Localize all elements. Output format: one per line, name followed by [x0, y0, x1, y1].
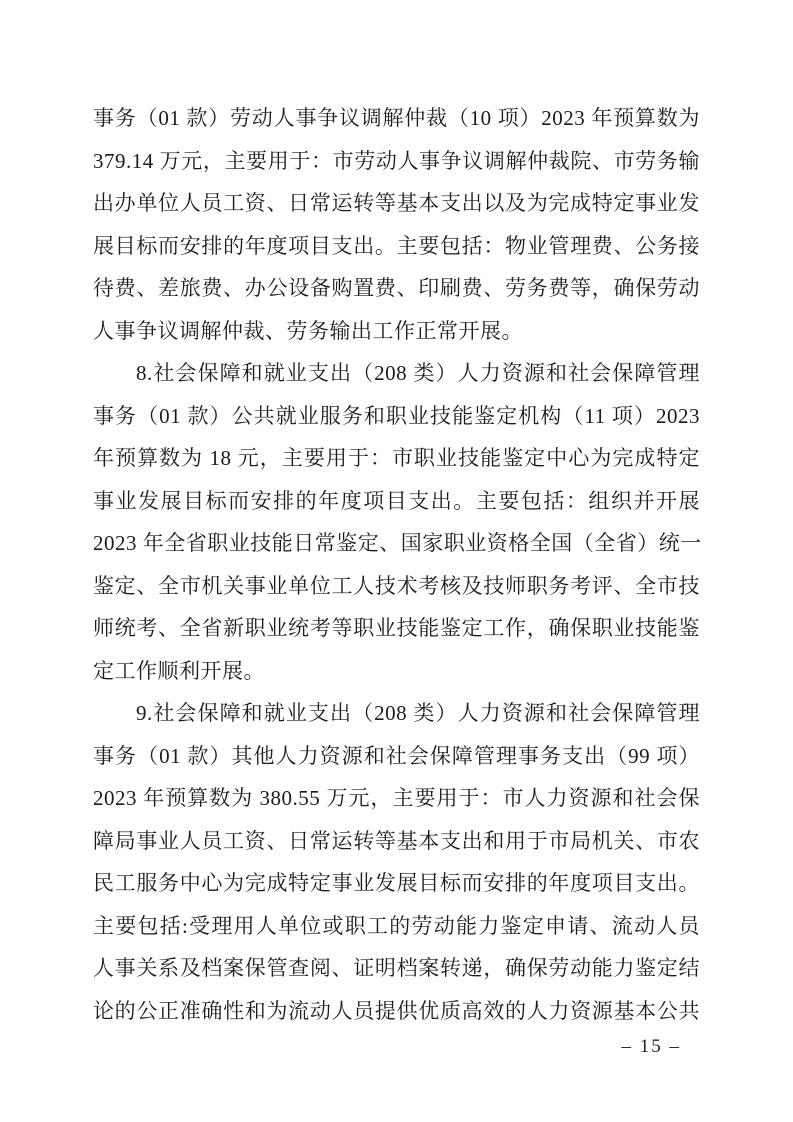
text-line: 2023 年全省职业技能日常鉴定、国家职业资格全国（全省）统一 — [93, 522, 700, 565]
text-line: 鉴定、全市机关事业单位工人技术考核及技师职务考评、全市技 — [93, 565, 700, 608]
text-line: 2023 年预算数为 380.55 万元，主要用于：市人力资源和社会保 — [93, 777, 700, 820]
paragraph: 8.社会保障和就业支出（208 类）人力资源和社会保障管理事务（01 款）公共就… — [93, 352, 700, 692]
text-line: 9.社会保障和就业支出（208 类）人力资源和社会保障管理 — [93, 692, 700, 735]
text-line: 待费、差旅费、办公设备购置费、印刷费、劳务费等，确保劳动 — [93, 267, 700, 310]
text-line: 事业发展目标而安排的年度项目支出。主要包括：组织并开展 — [93, 480, 700, 523]
text-line: 主要包括:受理用人单位或职工的劳动能力鉴定申请、流动人员 — [93, 905, 700, 948]
text-line: 事务（01 款）其他人力资源和社会保障管理事务支出（99 项） — [93, 735, 700, 778]
text-line: 出办单位人员工资、日常运转等基本支出以及为完成特定事业发 — [93, 182, 700, 225]
text-line: 论的公正准确性和为流动人员提供优质高效的人力资源基本公共 — [93, 990, 700, 1033]
paragraph: 事务（01 款）劳动人事争议调解仲裁（10 项）2023 年预算数为379.14… — [93, 97, 700, 352]
text-line: 人事关系及档案保管查阅、证明档案转递，确保劳动能力鉴定结 — [93, 947, 700, 990]
text-line: 定工作顺利开展。 — [93, 650, 700, 693]
page-number: – 15 – — [622, 1036, 682, 1057]
text-line: 事务（01 款）劳动人事争议调解仲裁（10 项）2023 年预算数为 — [93, 97, 700, 140]
page-footer: – 15 – — [622, 1034, 682, 1060]
text-line: 8.社会保障和就业支出（208 类）人力资源和社会保障管理 — [93, 352, 700, 395]
text-line: 展目标而安排的年度项目支出。主要包括：物业管理费、公务接 — [93, 225, 700, 268]
text-line: 障局事业人员工资、日常运转等基本支出和用于市局机关、市农 — [93, 820, 700, 863]
text-line: 年预算数为 18 元，主要用于：市职业技能鉴定中心为完成特定 — [93, 437, 700, 480]
document-body: 事务（01 款）劳动人事争议调解仲裁（10 项）2023 年预算数为379.14… — [93, 97, 700, 1032]
text-line: 民工服务中心为完成特定事业发展目标而安排的年度项目支出。 — [93, 862, 700, 905]
text-line: 379.14 万元，主要用于：市劳动人事争议调解仲裁院、市劳务输 — [93, 140, 700, 183]
document-page: 事务（01 款）劳动人事争议调解仲裁（10 项）2023 年预算数为379.14… — [0, 0, 793, 1122]
text-line: 人事争议调解仲裁、劳务输出工作正常开展。 — [93, 310, 700, 353]
text-line: 师统考、全省新职业统考等职业技能鉴定工作，确保职业技能鉴 — [93, 607, 700, 650]
paragraph: 9.社会保障和就业支出（208 类）人力资源和社会保障管理事务（01 款）其他人… — [93, 692, 700, 1032]
text-line: 事务（01 款）公共就业服务和职业技能鉴定机构（11 项）2023 — [93, 395, 700, 438]
